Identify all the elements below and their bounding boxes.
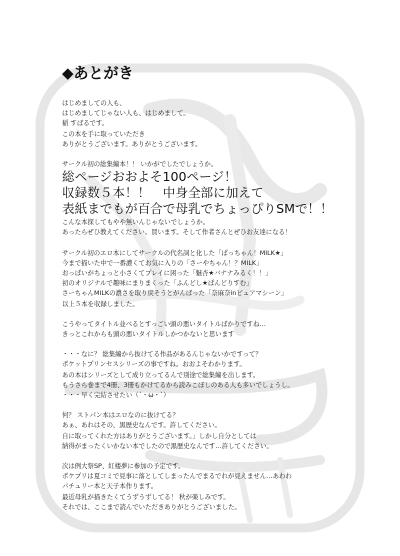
page-title: ◆あとがき <box>62 64 362 82</box>
emphasis-line: 総ページおおよそ100ページ！ <box>62 169 362 185</box>
text-line: ・・・なに？ 総集編から抜けてる作品があるんじゃないかですって？ <box>62 349 362 359</box>
text-line: はじめましての人も、 <box>62 98 362 108</box>
text-line: こうやってタイトル並べるとすっごい頭の悪いタイトルばかりですね… <box>62 319 362 329</box>
text-line: あぁ、あれはその、黒歴史なんです。許してください。 <box>62 420 362 430</box>
text-line: 初のオリジナルで趣味にまりまくった「ふんどし★ぱんどりすむ」 <box>62 278 362 288</box>
text-line: 最近母乳が描きたくてうずうずしてる！ 秋が楽しみです。 <box>62 492 362 502</box>
afterword-page: ◆あとがき はじめましての人も、 はじめましてじゃない人も、はじめまして。 稲 … <box>62 64 362 522</box>
text-line: きっとこれからも頭の悪いタイトルしかつかないと思います <box>62 329 362 339</box>
contents-paragraph: サークル初のエロ本にしてサークルの代名詞と化した「ぱっちゃん！MILK★」 今ま… <box>62 248 362 309</box>
greeting-paragraph: はじめましての人も、 はじめましてじゃない人も、はじめまして。 稲 すばるです。… <box>62 98 362 149</box>
text-line: さーちゃんMILKの濃さを取り戻そうとがんばった「奈麻奈inピュアマシーン」 <box>62 288 362 298</box>
text-line: 次は例大祭SP、紅楼夢に参加の予定です。 <box>62 461 362 471</box>
text-line: ポケットプリンセスシリーズの事ですね。おおよそわかります。 <box>62 359 362 369</box>
text-line: この本を手に取っていただき <box>62 129 362 139</box>
text-line: パチュリー本と天子本作ります。 <box>62 481 362 491</box>
text-line: もうさら巻まで4冊、3冊もかけてるから読みこぼしのある人も多いでしょうし。 <box>62 380 362 390</box>
text-line: 何？ ストパン本はエロなのに抜けてる？ <box>62 410 362 420</box>
text-line: はじめましてじゃない人も、はじめまして。 <box>62 108 362 118</box>
text-line: あの本はシリーズとして成り立ってるんで別途で総集編を出します。 <box>62 370 362 380</box>
text-line: それでは、ここまで読んでいただきありがとうございました。 <box>62 502 362 512</box>
text-line: サークル初のエロ本にしてサークルの代名詞と化した「ぱっちゃん！MILK★」 <box>62 248 362 258</box>
series-paragraph: ・・・なに？ 総集編から抜けてる作品があるんじゃないかですって？ ポケットプリン… <box>62 349 362 400</box>
text-line: 稲 すばるです。 <box>62 118 362 128</box>
text-line: 納得がまったくいかない本でしたので黒歴史なんです…許してください。 <box>62 441 362 451</box>
text-line: 自に取ってくれた方はありがとうございます。」しかし自分としては <box>62 431 362 441</box>
text-line: ・・・早く完結させたい（´・ω・`） <box>62 390 362 400</box>
emphasis-line: 表紙までもが百合で母乳でちょっぴりSMで！！ <box>62 201 362 217</box>
titles-comment-paragraph: こうやってタイトル並べるとすっごい頭の悪いタイトルばかりですね… きっとこれから… <box>62 319 362 339</box>
exclusion-paragraph: 何？ ストパン本はエロなのに抜けてる？ あぁ、あれはその、黒歴史なんです。許して… <box>62 410 362 451</box>
closing-paragraph: 次は例大祭SP、紅楼夢に参加の予定です。 ポケプリは夏コミで見事に落としてしまっ… <box>62 461 362 512</box>
text-line: ありがとうございます。ありがとうございます。 <box>62 139 362 149</box>
text-line: 今まで描いた中で一番濃くてお気に入りの「さーやちゃん！？MILK」 <box>62 258 362 268</box>
text-line: ポケプリは夏コミで見事に落としてしまったんでまるでれが見えません…あわわ <box>62 471 362 481</box>
text-line: おっぱいがちょっと小さくてプレイに困った「魅杏★バナナみるく！！」 <box>62 268 362 278</box>
text-line: サークル初の総集編本！！ いかがでしたでしょうか。 <box>62 159 362 169</box>
text-line: あったらぜひ教えてください。買います。そして作者さんとぜひお友達になる！ <box>62 227 362 237</box>
text-line: 以上５本を収録しました。 <box>62 299 362 309</box>
emphasis-line: 収録数５本！！ 中身全部に加えて <box>62 185 362 201</box>
text-line: こんな本探してもやや無いんじゃないでしょうか。 <box>62 217 362 227</box>
highlight-paragraph: サークル初の総集編本！！ いかがでしたでしょうか。 総ページおおよそ100ページ… <box>62 159 362 238</box>
